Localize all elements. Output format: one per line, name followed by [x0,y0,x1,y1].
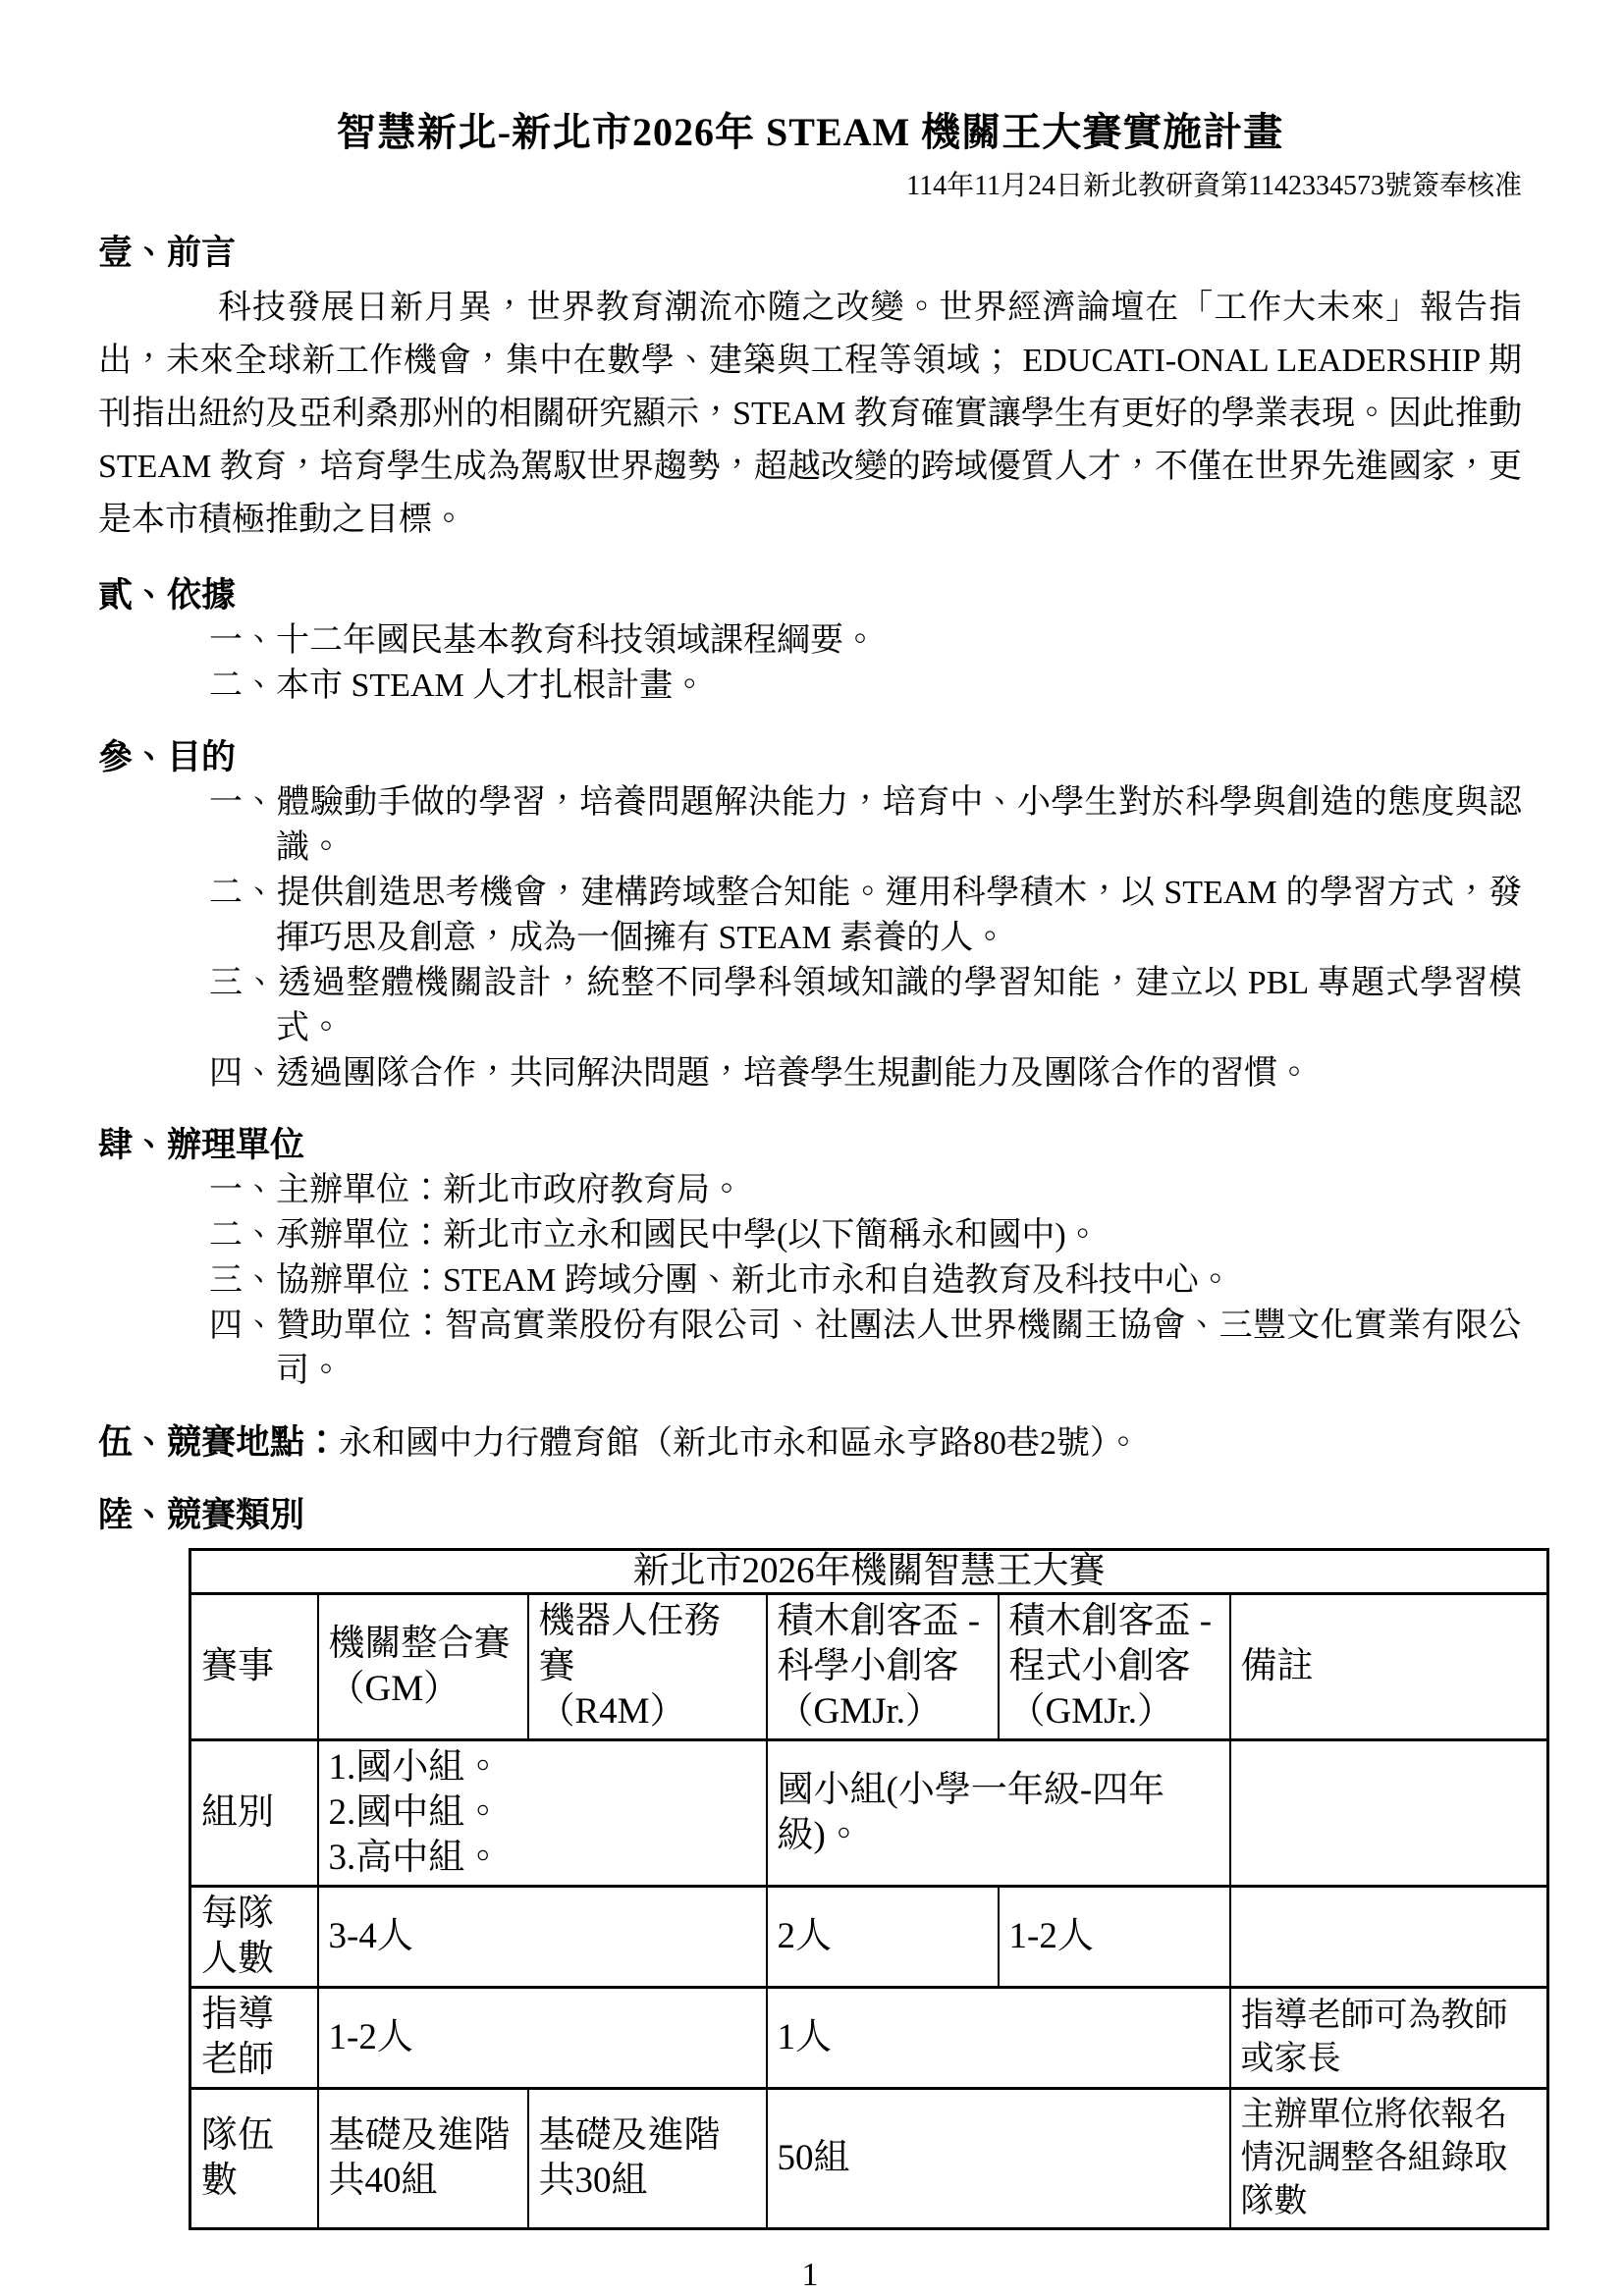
basis-list: 一、十二年國民基本教育科技領域課程綱要。 二、本市 STEAM 人才扎根計畫。 [209,618,1522,709]
table-row-coaches: 指導老師 1-2人 1人 指導老師可為教師或家長 [190,1988,1548,2089]
list-item: 四、贊助單位：智高實業股份有限公司、社團法人世界機關王協會、三豐文化實業有限公司… [209,1304,1522,1394]
table-row-group: 組別 1.國小組。 2.國中組。 3.高中組。 國小組(小學一年級-四年級)。 [190,1740,1548,1887]
table-row-team-size: 每隊人數 3-4人 2人 1-2人 [190,1887,1548,1988]
cell-group-gm-r4m: 1.國小組。 2.國中組。 3.高中組。 [318,1740,767,1887]
cell-team-count-r4m: 基礎及進階共30組 [528,2089,767,2229]
section-heading-basis: 貳、依據 [98,572,1522,618]
venue-text: 永和國中力行體育館（新北市永和區永亨路80巷2號）。 [339,1425,1140,1462]
document-page: 智慧新北-新北市2026年 STEAM 機關王大賽實施計畫 114年11月24日… [0,0,1624,2296]
cell-team-size-science: 2人 [767,1887,999,1988]
cell-team-count-gm: 基礎及進階共40組 [318,2089,528,2229]
table-row-team-count: 隊伍數 基礎及進階共40組 基礎及進階共30組 50組 主辦單位將依報名情況調整… [190,2089,1548,2229]
list-item: 二、本市 STEAM 人才扎根計畫。 [209,664,1522,709]
competition-category-table: 新北市2026年機關智慧王大賽 賽事 機關整合賽 （GM） 機器人任務賽 （R4… [189,1548,1549,2230]
row-label-team-count: 隊伍數 [190,2089,318,2229]
row-label-group: 組別 [190,1740,318,1887]
table-header-row: 賽事 機關整合賽 （GM） 機器人任務賽 （R4M） 積木創客盃 - 科學小創客… [190,1594,1548,1740]
list-item: 三、透過整體機關設計，統整不同學科領域知識的學習知能，建立以 PBL 專題式學習… [209,961,1522,1051]
preface-paragraph: 科技發展日新月異，世界教育潮流亦隨之改變。世界經濟論壇在「工作大未來」報告指出，… [98,282,1522,547]
organizers-list: 一、主辦單位：新北市政府教育局。 二、承辦單位：新北市立永和國民中學(以下簡稱永… [209,1168,1522,1394]
section-heading-preface: 壹、前言 [98,230,1522,276]
doc-title: 智慧新北-新北市2026年 STEAM 機關王大賽實施計畫 [98,108,1522,157]
column-header-gm: 機關整合賽 （GM） [318,1594,528,1740]
cell-team-count-note: 主辦單位將依報名情況調整各組錄取隊數 [1230,2089,1548,2229]
column-header-gmjr-coding: 積木創客盃 - 程式小創客 （GMJr.） [999,1594,1230,1740]
cell-team-size-note [1230,1887,1548,1988]
table-title: 新北市2026年機關智慧王大賽 [190,1550,1548,1594]
purpose-list: 一、體驗動手做的學習，培養問題解決能力，培育中、小學生對於科學與創造的態度與認識… [209,780,1522,1096]
column-header-note: 備註 [1230,1594,1548,1740]
section-venue: 伍、競賽地點：永和國中力行體育館（新北市永和區永亨路80巷2號）。 [98,1419,1522,1467]
column-header-r4m: 機器人任務賽 （R4M） [528,1594,767,1740]
list-item: 二、承辦單位：新北市立永和國民中學(以下簡稱永和國中)。 [209,1213,1522,1258]
page-number: 1 [98,2256,1522,2295]
cell-team-count-gmjr: 50組 [767,2089,1230,2229]
column-header-event: 賽事 [190,1594,318,1740]
list-item: 二、提供創造思考機會，建構跨域整合知能。運用科學積木，以 STEAM 的學習方式… [209,871,1522,961]
row-label-team-size: 每隊人數 [190,1887,318,1988]
section-heading-organizers: 肆、辦理單位 [98,1122,1522,1168]
cell-group-note [1230,1740,1548,1887]
list-item: 四、透過團隊合作，共同解決問題，培養學生規劃能力及團隊合作的習慣。 [209,1051,1522,1096]
row-label-coaches: 指導老師 [190,1988,318,2089]
list-item: 三、協辦單位：STEAM 跨域分團、新北市永和自造教育及科技中心。 [209,1258,1522,1304]
list-item: 一、十二年國民基本教育科技領域課程綱要。 [209,618,1522,664]
list-item: 一、主辦單位：新北市政府教育局。 [209,1168,1522,1213]
cell-group-gmjr: 國小組(小學一年級-四年級)。 [767,1740,1230,1887]
section-heading-categories: 陸、競賽類別 [98,1492,1522,1538]
cell-coaches-gm-r4m: 1-2人 [318,1988,767,2089]
list-item: 一、體驗動手做的學習，培養問題解決能力，培育中、小學生對於科學與創造的態度與認識… [209,780,1522,871]
cell-team-size-gm-r4m: 3-4人 [318,1887,767,1988]
cell-coaches-gmjr: 1人 [767,1988,1230,2089]
cell-team-size-coding: 1-2人 [999,1887,1230,1988]
section-heading-venue: 伍、競賽地點： [98,1423,339,1462]
approval-note: 114年11月24日新北教研資第1142334573號簽奉核准 [98,169,1522,204]
column-header-gmjr-science: 積木創客盃 - 科學小創客 （GMJr.） [767,1594,999,1740]
cell-coaches-note: 指導老師可為教師或家長 [1230,1988,1548,2089]
section-heading-purpose: 參、目的 [98,734,1522,780]
